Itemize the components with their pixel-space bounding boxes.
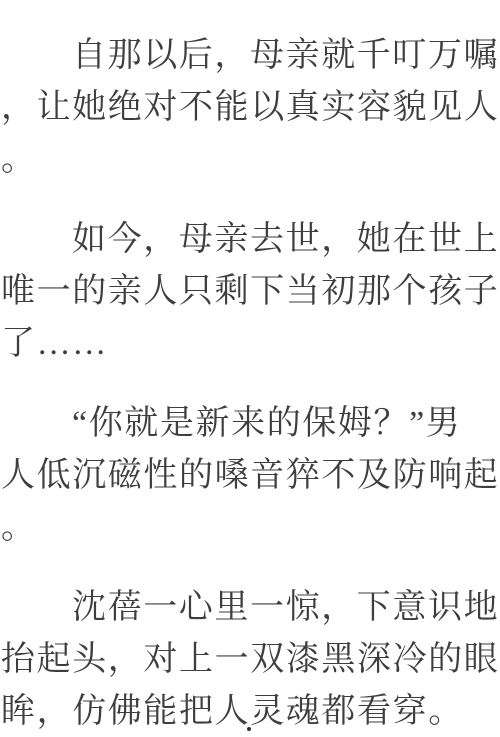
text-line: 。: [1, 134, 499, 186]
text-line: 人低沉磁性的嗓音猝不及防响起: [1, 450, 499, 502]
text-line: 抬起头，对上一双漆黑深冷的眼: [1, 634, 499, 686]
text-line: 唯一的亲人只剩下当初那个孩子: [1, 266, 499, 318]
text-line: 如今，母亲去世，她在世上: [1, 214, 499, 266]
text-line: “你就是新来的保姆？”男: [1, 398, 499, 450]
text-line: 自那以后，母亲就千叮万嘱: [1, 30, 499, 82]
stray-mark-dot: [247, 727, 251, 731]
paragraph-3: “你就是新来的保姆？”男 人低沉磁性的嗓音猝不及防响起 。: [1, 398, 499, 554]
paragraph-4: 沈蓓一心里一惊，下意识地 抬起头，对上一双漆黑深冷的眼 眸，仿佛能把人灵魂都看穿…: [1, 582, 499, 737]
text-line: 。: [1, 502, 499, 554]
paragraph-1: 自那以后，母亲就千叮万嘱 ，让她绝对不能以真实容貌见人 。: [1, 30, 499, 186]
paragraph-2: 如今，母亲去世，她在世上 唯一的亲人只剩下当初那个孩子 了……: [1, 214, 499, 370]
text-line: 了……: [1, 318, 499, 370]
text-line: 沈蓓一心里一惊，下意识地: [1, 582, 499, 634]
reader-page: 自那以后，母亲就千叮万嘱 ，让她绝对不能以真实容貌见人 。 如今，母亲去世，她在…: [0, 0, 500, 737]
text-line: ，让她绝对不能以真实容貌见人: [1, 82, 499, 134]
